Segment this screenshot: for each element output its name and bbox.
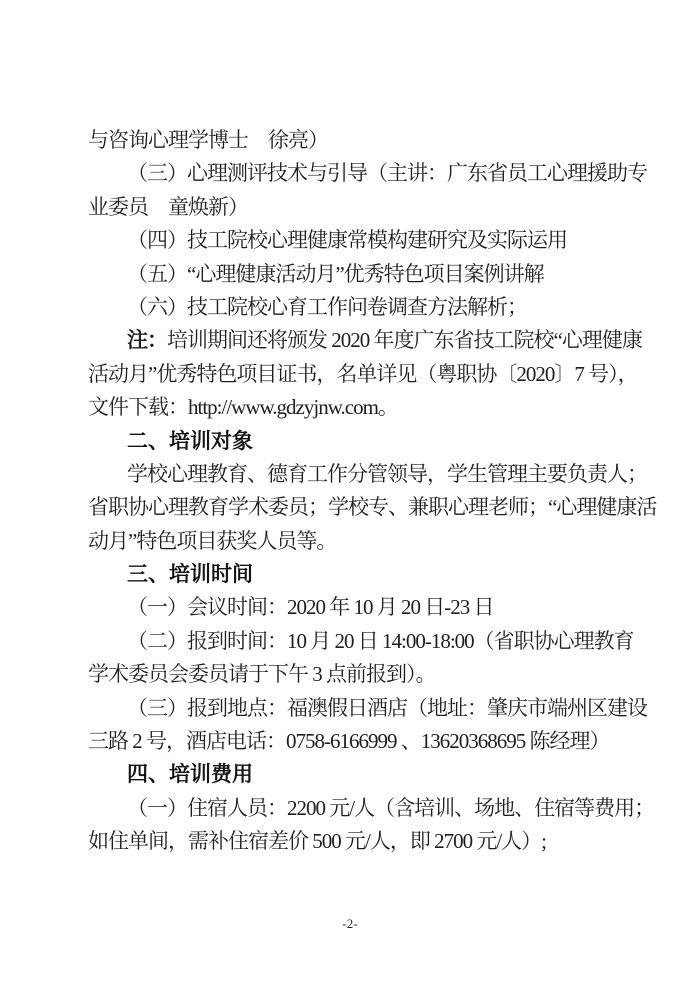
- text-line: （一）会议时间：2020 年 10 月 20 日-23 日: [88, 591, 616, 624]
- section-heading-training-fee: 四、培训费用: [88, 758, 616, 791]
- text-line: （二）报到时间：10 月 20 日 14:00-18:00（省职协心理教育: [88, 625, 616, 658]
- page-number: -2-: [0, 916, 700, 932]
- text-line: （一）住宿人员：2200 元/人（含培训、场地、住宿等费用；: [88, 792, 616, 825]
- text-line: （五）“心理健康活动月”优秀特色项目案例讲解: [88, 258, 616, 291]
- text-line: （四）技工院校心理健康常模构建研究及实际运用: [88, 224, 616, 257]
- text-line: （三）报到地点：福澳假日酒店（地址：肇庆市端州区建设: [88, 692, 616, 725]
- section-heading-training-time: 三、培训时间: [88, 558, 616, 591]
- note-line: 注：培训期间还将颁发 2020 年度广东省技工院校“心理健康: [88, 324, 616, 357]
- text-line: 三路 2 号，酒店电话：0758-6166999 、13620368695 陈经…: [88, 725, 616, 758]
- text-line: 与咨询心理学博士 徐亮）: [88, 124, 616, 157]
- download-url-line: 文件下载：http://www.gdzyjnw.com。: [88, 391, 616, 424]
- text-line: 学校心理教育、德育工作分管领导，学生管理主要负责人；: [88, 458, 616, 491]
- document-body: 与咨询心理学博士 徐亮） （三）心理测评技术与引导（主讲：广东省员工心理援助专 …: [88, 124, 616, 859]
- document-page: 与咨询心理学博士 徐亮） （三）心理测评技术与引导（主讲：广东省员工心理援助专 …: [0, 0, 700, 990]
- text-line: 如住单间，需补住宿差价 500 元/人，即 2700 元/人）;: [88, 825, 616, 858]
- text-line: 学术委员会委员请于下午 3 点前报到）。: [88, 658, 616, 691]
- section-heading-training-target: 二、培训对象: [88, 425, 616, 458]
- text-line: 活动月”优秀特色项目证书，名单详见（粤职协〔2020〕7 号），: [88, 358, 616, 391]
- text-line: 动月”特色项目获奖人员等。: [88, 525, 616, 558]
- text-line: 业委员 童焕新）: [88, 191, 616, 224]
- note-text: 培训期间还将颁发 2020 年度广东省技工院校“心理健康: [167, 328, 642, 352]
- text-line: （三）心理测评技术与引导（主讲：广东省员工心理援助专: [88, 157, 616, 190]
- note-label: 注：: [127, 328, 167, 352]
- text-line: （六）技工院校心育工作问卷调查方法解析；: [88, 291, 616, 324]
- text-line: 省职协心理教育学术委员；学校专、兼职心理老师；“心理健康活: [88, 491, 616, 524]
